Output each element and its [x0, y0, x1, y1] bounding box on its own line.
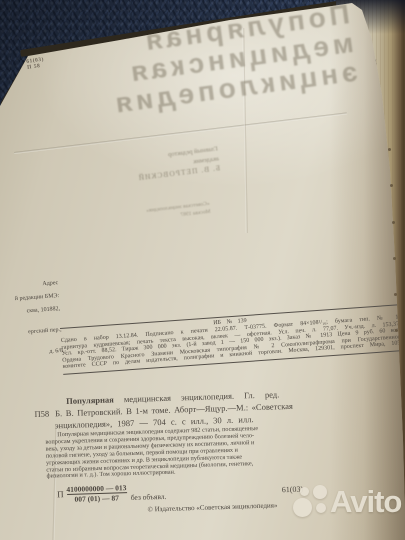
binding-stitch [393, 257, 396, 260]
avito-watermark: Avito [292, 476, 405, 534]
binding-stitch [395, 329, 398, 332]
address-line: сква, 101882, [4, 303, 61, 320]
catalog-formula: П 4100000000 — 013 007 (01) — 87 без объ… [57, 482, 167, 504]
binding-stitch [392, 221, 395, 224]
card-title-word: Популярная [66, 394, 114, 405]
avito-wordmark: Avito [330, 484, 401, 520]
library-stamp: 61(03) П 58 [26, 57, 45, 71]
author-sign: П58 [34, 409, 49, 419]
binding-stitch [394, 293, 397, 296]
avito-logo-dot [313, 485, 327, 499]
formula-suffix: без объявл. [131, 492, 167, 502]
card-annotation: Популярная медицинская энциклопедия соде… [45, 424, 318, 481]
avito-logo-dot [316, 503, 326, 513]
formula-prefix: П [57, 489, 64, 499]
address-line: ергский пер., [5, 324, 62, 341]
bme-address-column: Адрес й редакции БМЭ: сква, 101882, ергс… [2, 277, 64, 362]
formula-fraction: 4100000000 — 013 007 (01) — 87 [66, 483, 127, 504]
avito-logo-dot [300, 487, 309, 496]
imprint-page: 61(03) П 58 Популярная медицинская энцик… [0, 0, 405, 540]
binding-stitch [388, 148, 391, 151]
avito-logo-dot [293, 498, 312, 517]
binding-stitch [390, 184, 393, 187]
listing-photo: ВЦ НО ДЕ И Л М С О 61(03) П 58 Популярна… [0, 0, 405, 540]
formula-denominator: 007 (01) — 87 [67, 492, 127, 504]
